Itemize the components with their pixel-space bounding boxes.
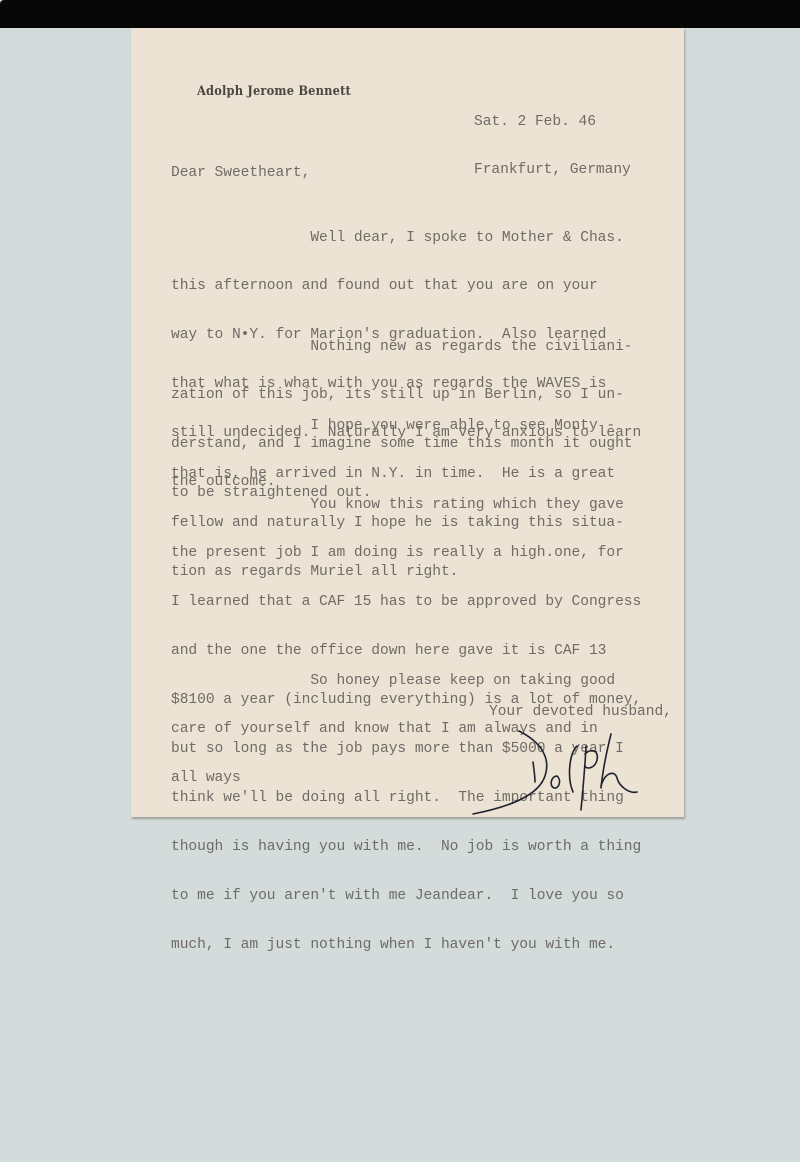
closing: Your devoted husband,	[489, 704, 672, 720]
scanner-edge-bar	[0, 0, 800, 28]
text-line: the present job I am doing is really a h…	[171, 545, 641, 561]
text-line: I hope you were able to see Monty -	[171, 418, 624, 434]
signature-dolph	[469, 728, 659, 818]
dateline: Sat. 2 Feb. 46 Frankfurt, Germany	[474, 81, 631, 211]
text-line: So honey please keep on taking good	[171, 673, 615, 689]
text-line: to me if you aren't with me Jeandear. I …	[171, 888, 641, 904]
text-line: this afternoon and found out that you ar…	[171, 278, 641, 294]
text-line: I learned that a CAF 15 has to be approv…	[171, 594, 641, 610]
letter-place: Frankfurt, Germany	[474, 162, 631, 178]
text-line: though is having you with me. No job is …	[171, 839, 641, 855]
salutation: Dear Sweetheart,	[171, 165, 310, 181]
letterhead-name: Adolph Jerome Bennett	[197, 84, 351, 99]
text-line: Well dear, I spoke to Mother & Chas.	[171, 230, 641, 246]
text-line: Nothing new as regards the civiliani-	[171, 339, 633, 355]
text-line: much, I am just nothing when I haven't y…	[171, 937, 641, 953]
letter-date: Sat. 2 Feb. 46	[474, 114, 631, 130]
letter-page: Adolph Jerome Bennett Sat. 2 Feb. 46 Fra…	[131, 28, 684, 817]
text-line: You know this rating which they gave	[171, 497, 641, 513]
